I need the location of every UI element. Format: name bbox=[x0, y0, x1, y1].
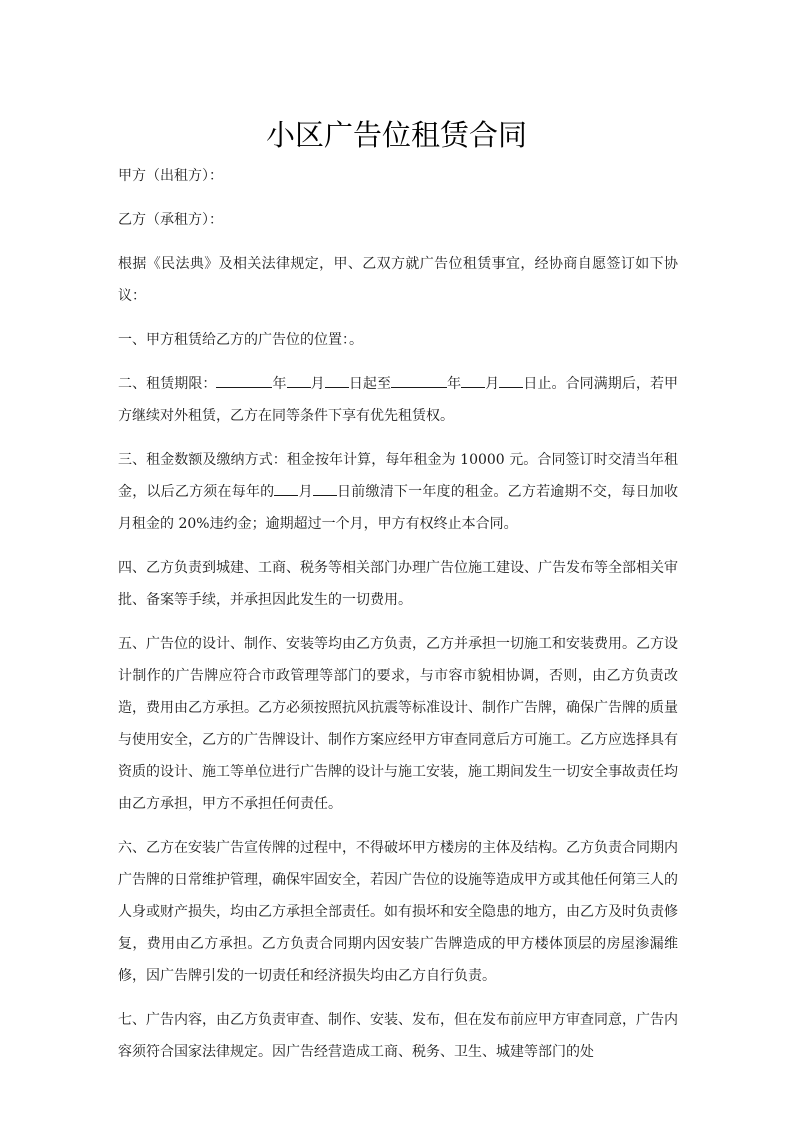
clause-5: 五、广告位的设计、制作、安装等均由乙方负责，乙方并承担一切施工和安装费用。乙方设… bbox=[118, 628, 678, 820]
start-year-blank bbox=[216, 373, 272, 388]
start-month-blank bbox=[287, 373, 311, 388]
end-month-blank bbox=[461, 373, 485, 388]
clause-1: 一、甲方租赁给乙方的广告位的位置：。 bbox=[118, 324, 678, 356]
clause-7: 七、广告内容，由乙方负责审查、制作、安装、发布，但在发布前应甲方审查同意，广告内… bbox=[118, 1004, 678, 1068]
party-b-label: 乙方（承租方）： bbox=[118, 204, 678, 236]
payment-day-blank bbox=[313, 481, 337, 496]
payment-month-blank bbox=[274, 481, 298, 496]
party-a-label: 甲方（出租方）： bbox=[118, 160, 678, 192]
day-start-label: 日起至 bbox=[349, 376, 391, 392]
start-day-blank bbox=[325, 373, 349, 388]
month-label: 月 bbox=[485, 376, 499, 392]
clause-4: 四、乙方负责到城建、工商、税务等相关部门办理广告位施工建设、广告发布等全部相关审… bbox=[118, 552, 678, 616]
month-label: 月 bbox=[298, 484, 312, 500]
clause-2: 二、租赁期限：年月日起至年月日止。合同满期后，若甲方继续对外租赁，乙方在同等条件… bbox=[118, 368, 678, 432]
document-body: 甲方（出租方）： 乙方（承租方）： 根据《民法典》及相关法律规定，甲、乙双方就广… bbox=[118, 160, 678, 1068]
document-title: 小区广告位租赁合同 bbox=[0, 115, 793, 155]
intro-paragraph: 根据《民法典》及相关法律规定，甲、乙双方就广告位租赁事宜，经协商自愿签订如下协议… bbox=[118, 248, 678, 312]
end-day-blank bbox=[499, 373, 523, 388]
year-label: 年 bbox=[447, 376, 461, 392]
clause-3: 三、租金数额及缴纳方式：租金按年计算，每年租金为 10000 元。合同签订时交清… bbox=[118, 444, 678, 540]
end-year-blank bbox=[391, 373, 447, 388]
month-label: 月 bbox=[311, 376, 325, 392]
document-page: 小区广告位租赁合同 甲方（出租方）： 乙方（承租方）： 根据《民法典》及相关法律… bbox=[0, 0, 793, 1122]
year-label: 年 bbox=[272, 376, 286, 392]
clause-2-prefix: 二、租赁期限： bbox=[118, 376, 216, 392]
clause-6: 六、乙方在安装广告宣传牌的过程中，不得破坏甲方楼房的主体及结构。乙方负责合同期内… bbox=[118, 832, 678, 992]
